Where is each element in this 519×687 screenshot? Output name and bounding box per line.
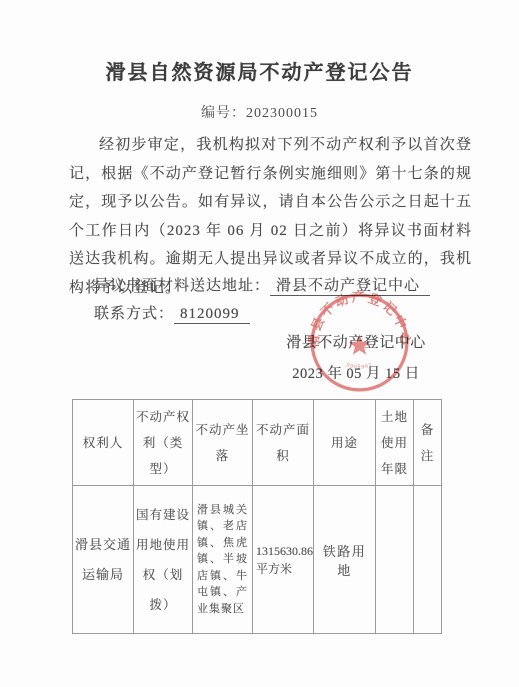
doc-number-line: 编号：202300015: [0, 102, 519, 122]
cell-location: 滑县城关镇、老店镇、焦虎镇、半坡店镇、牛屯镇、产业集聚区: [193, 486, 253, 634]
cell-area: 1315630.86 平方米: [253, 486, 314, 634]
header-owner: 权利人: [73, 400, 134, 486]
contact-value: 8120099: [174, 306, 250, 324]
cell-use: 铁路用地: [314, 486, 376, 634]
address-label: 异议书面材料送达地址：: [94, 278, 270, 294]
announcement-document: 滑县自然资源局不动产登记公告 编号：202300015 经初步审定，我机构拟对下…: [0, 0, 519, 687]
header-land-term: 土地使用年限: [376, 400, 414, 486]
address-line: 异议书面材料送达地址：滑县不动产登记中心: [94, 274, 430, 295]
address-value: 滑县不动产登记中心: [270, 278, 430, 296]
cell-land-term: [376, 486, 414, 634]
cell-remark: [414, 486, 442, 634]
cell-right-type: 国有建设用地使用权（划拨）: [134, 486, 193, 634]
registration-table: 权利人 不动产权利（类型） 不动产坐落 不动产面积 用途 土地使用年限 备注 滑…: [72, 399, 442, 634]
signature-block: 滑县不动产登记中心 2023 年 05 月 15 日: [278, 331, 434, 383]
header-location: 不动产坐落: [193, 400, 253, 486]
table-header-row: 权利人 不动产权利（类型） 不动产坐落 不动产面积 用途 土地使用年限 备注: [73, 400, 442, 486]
table-row: 滑县交通运输局 国有建设用地使用权（划拨） 滑县城关镇、老店镇、焦虎镇、半坡店镇…: [73, 486, 442, 634]
contact-label: 联系方式：: [94, 306, 174, 322]
doc-number-label: 编号：: [201, 106, 246, 121]
doc-number-value: 202300015: [246, 106, 318, 121]
signature-org: 滑县不动产登记中心: [278, 331, 434, 352]
cell-owner: 滑县交通运输局: [73, 486, 134, 634]
header-area: 不动产面积: [253, 400, 314, 486]
page-title: 滑县自然资源局不动产登记公告: [0, 56, 519, 85]
header-use: 用途: [314, 400, 376, 486]
header-remark: 备注: [414, 400, 442, 486]
signature-date: 2023 年 05 月 15 日: [278, 362, 434, 383]
header-right-type: 不动产权利（类型）: [134, 400, 193, 486]
contact-line: 联系方式：8120099: [94, 302, 250, 323]
